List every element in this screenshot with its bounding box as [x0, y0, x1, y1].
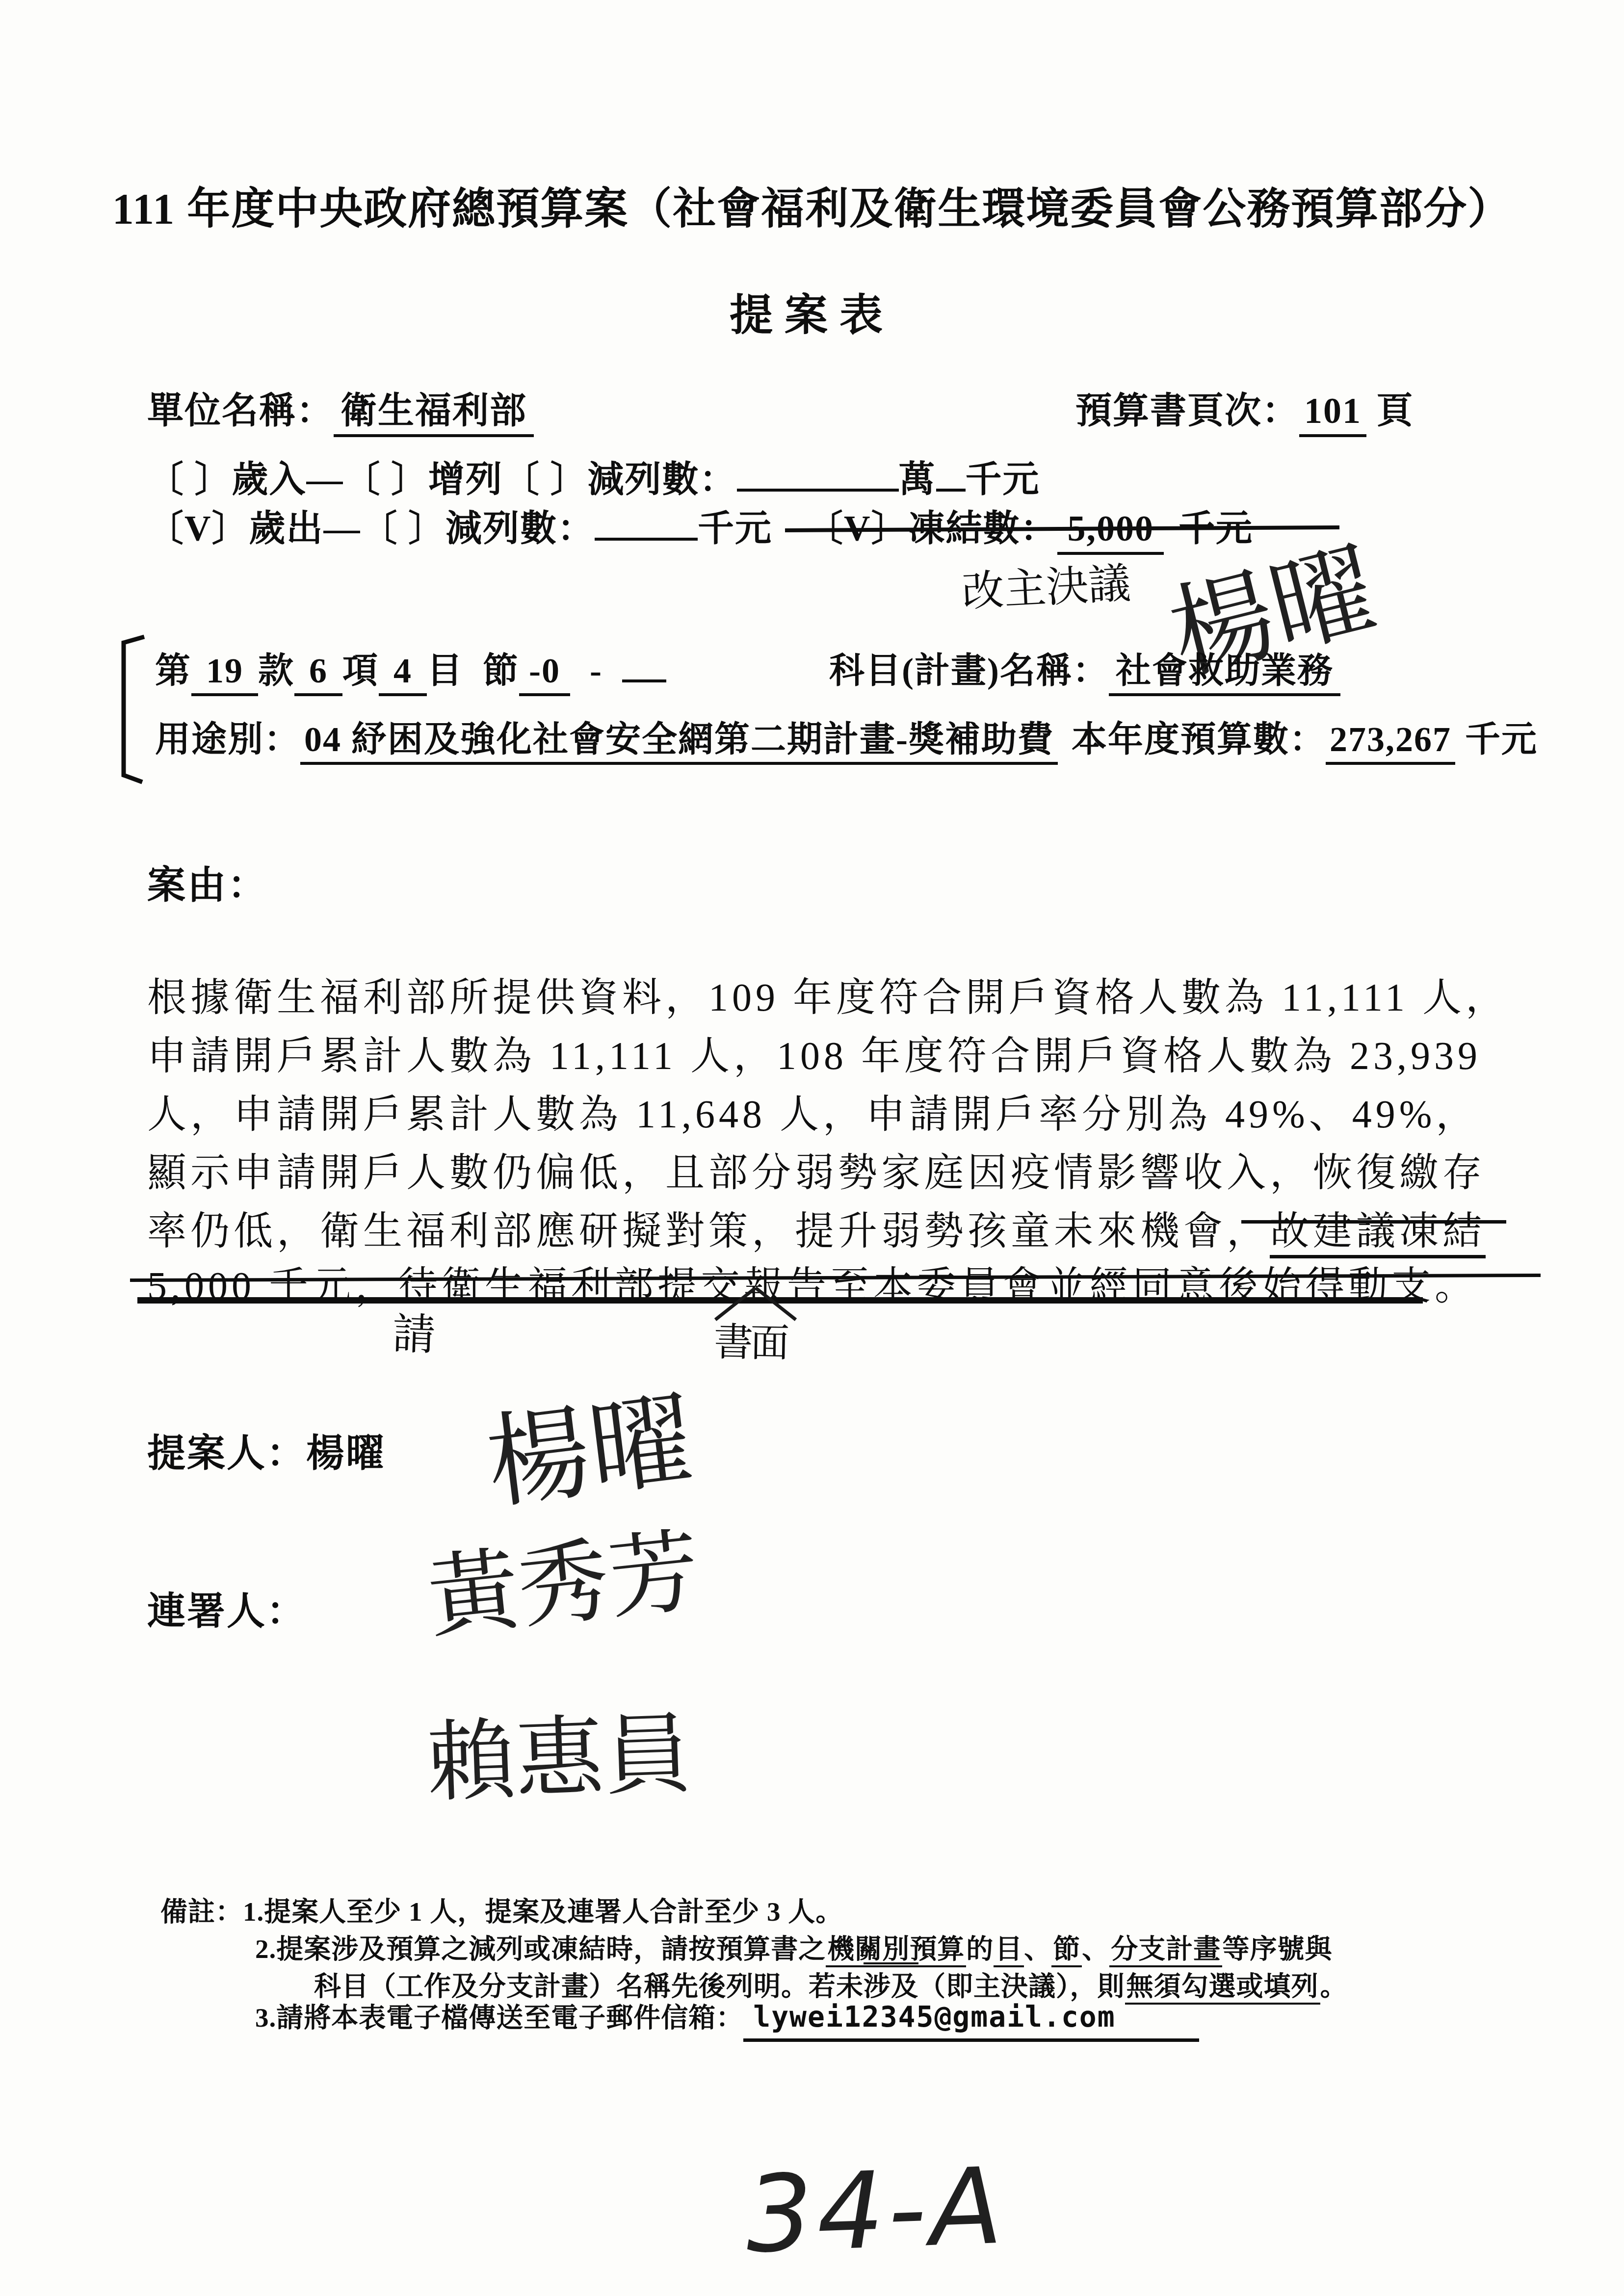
cosigner-signature-2: 賴惠員 [425, 1683, 694, 1819]
budget-page-label: 預算書頁次： [1075, 391, 1299, 431]
budget-amount-value: 273,267 [1326, 720, 1455, 765]
notes-separator-2: 、 [1082, 1934, 1109, 1964]
scanned-proposal-form: 111 年度中央政府總預算案（社會福利及衛生環境委員會公務預算部分） 提案表 單… [0, 0, 1624, 2296]
item-kuan: 款 [258, 651, 294, 690]
item-di: 第 [155, 651, 191, 690]
document-title: 111 年度中央政府總預算案（社會福利及衛生環境委員會公務預算部分） [0, 174, 1624, 236]
notes-item-2b-end: 。 [1320, 1971, 1348, 2001]
notes-item-2-suffix: 等序號與 [1222, 1934, 1332, 1964]
subject-label: 科目(計畫)名稱： [829, 651, 1109, 690]
revenue-wan-unit: 萬 [899, 460, 936, 500]
revenue-row: 〔 〕歲入—〔 〕增列〔 〕減列數：萬千元 [147, 450, 1040, 502]
revenue-checkboxes-label: 〔 〕歲入—〔 〕增列〔 〕減列數： [147, 460, 737, 500]
cosigner-signature-1: 黃秀芳 [421, 1497, 706, 1656]
usage-label: 用途別： [155, 720, 300, 759]
proposer-name: 楊曜 [306, 1432, 386, 1475]
expense-amount-blank [595, 499, 698, 541]
notes-item-2-prefix: 2.提案涉及預算之減列或凍結時，請按預算書之 [255, 1934, 826, 1964]
usage-value: 04 紓困及強化社會安全網第二期計畫-獎補助費 [300, 720, 1058, 765]
proposer-row: 提案人：楊曜 [147, 1423, 386, 1478]
handwritten-resolution-note: 改主決議 [960, 549, 1132, 619]
notes-item-2-mid: 的 [966, 1934, 994, 1964]
revenue-amount-blank [737, 450, 899, 492]
case-line-3: 人，申請開戶累計人數為 11,648 人，申請開戶率分別為 49%、49%， [147, 1082, 1479, 1139]
budget-page-unit: 頁 [1377, 391, 1414, 431]
subject-row: 科目(計畫)名稱：社會救助業務 [829, 642, 1340, 693]
notes-line-4: 3.請將本表電子檔傳送至電子郵件信箱：lywei12345@gmail.com [255, 1996, 1199, 2035]
case-label: 案由： [147, 855, 268, 910]
case-line-5-struck: 故建議凍結 [1270, 1210, 1486, 1258]
item-dash: - [590, 651, 602, 690]
unit-name-value: 衛生福利部 [334, 391, 534, 437]
handwritten-insert-qing: 請 [392, 1300, 437, 1363]
case-line-5-normal: 率仍低，衛生福利部應研擬對策，提升弱勢孩童未來機會， [147, 1210, 1270, 1253]
usage-row: 用途別：04 紓困及強化社會安全網第二期計畫-獎補助費本年度預算數：273,26… [155, 710, 1538, 761]
frozen-value: 5,000 [1057, 509, 1164, 555]
item-trailing-blank [622, 642, 666, 682]
expense-checkboxes-label: 〔V〕歲出—〔 〕減列數： [147, 509, 595, 549]
budget-page-value: 101 [1299, 391, 1366, 437]
cosigner-label: 連署人： [147, 1581, 306, 1636]
case-strikethrough-line-1 [1241, 1220, 1506, 1224]
item-number-row: 第19款6項4目節-0- [155, 642, 666, 693]
notes-line-1: 備註：1.提案人至少 1 人，提案及連署人合計至少 3 人。 [160, 1890, 843, 1929]
budget-amount-label: 本年度預算數： [1072, 720, 1326, 759]
notes-label: 備註： [160, 1897, 243, 1927]
revenue-qian-unit: 千元 [966, 460, 1040, 500]
notes-email: lywei12345@gmail.com [743, 2000, 1199, 2042]
unit-name-label: 單位名稱： [147, 391, 334, 431]
budget-amount-unit: 千元 [1465, 720, 1538, 759]
unit-name-row: 單位名稱：衛生福利部 [147, 382, 534, 434]
notes-item-1: 1.提案人至少 1 人，提案及連署人合計至少 3 人。 [243, 1897, 843, 1927]
handwritten-page-code: 34-A [744, 2144, 1008, 2276]
expense-row: 〔V〕歲出—〔 〕減列數：千元〔V〕凍結數：5,000千元 [147, 499, 1253, 551]
subject-value: 社會救助業務 [1109, 651, 1340, 696]
item-kuan-no: 19 [191, 651, 258, 696]
notes-separator-1: 、 [1024, 1934, 1051, 1964]
revenue-small-blank [936, 450, 966, 492]
case-line-4: 顯示申請開戶人數仍偏低，且部分弱勢家庭因疫情影響收入，恢復繳存 [147, 1141, 1486, 1197]
item-mu: 目 [427, 651, 463, 690]
notes-line-2: 2.提案涉及預算之減列或凍結時，請按預算書之機關別預算的目、節、分支計畫等序號與 [255, 1927, 1332, 1966]
case-line-1: 根據衛生福利部所提供資料，109 年度符合開戶資格人數為 11,111 人， [147, 965, 1509, 1022]
budget-page-row: 預算書頁次：101 頁 [1075, 382, 1414, 434]
item-mu-no: 4 [379, 651, 427, 696]
expense-qian-unit: 千元 [698, 509, 772, 549]
notes-item-3-prefix: 3.請將本表電子檔傳送至電子郵件信箱： [255, 2003, 743, 2033]
item-xiang: 項 [342, 651, 379, 690]
handwritten-insert-shumian: 書面 [713, 1310, 787, 1368]
case-line-5: 率仍低，衛生福利部應研擬對策，提升弱勢孩童未來機會，故建議凍結 [147, 1199, 1486, 1255]
case-line-2: 申請開戶累計人數為 11,111 人，108 年度符合開戶資格人數為 23,93… [147, 1024, 1481, 1080]
item-jie: 節 [483, 651, 519, 690]
item-xiang-no: 6 [294, 651, 342, 696]
section-bracket [109, 634, 148, 786]
item-jie-no: -0 [519, 651, 570, 696]
document-subtitle: 提案表 [0, 281, 1624, 342]
proposer-label: 提案人： [147, 1432, 306, 1475]
